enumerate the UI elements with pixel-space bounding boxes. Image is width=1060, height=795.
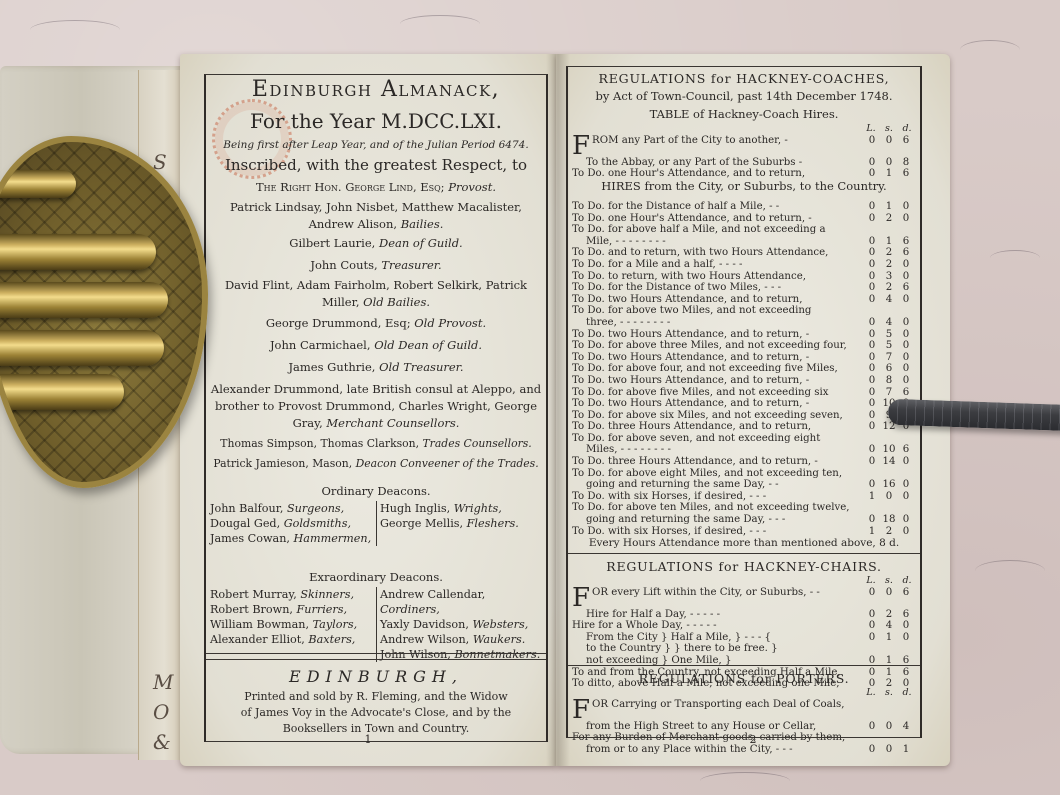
row-text: To Do. three Hours Attendance, and to re… bbox=[572, 421, 811, 432]
table-row: To Do. for the Distance of half a Mile, … bbox=[572, 201, 916, 213]
deacon-entry: Dougal Ged, Goldsmiths, bbox=[210, 516, 376, 531]
table-row: going and returning the same Day, - - -0… bbox=[572, 514, 916, 526]
divider-rule bbox=[206, 653, 546, 654]
deacons-col-2: Andrew Callendar, Cordiners, Yaxly David… bbox=[376, 587, 542, 662]
extraordinary-deacons-list: Robert Murray, Skinners, Robert Brown, F… bbox=[210, 587, 542, 662]
row-amount: 0106 bbox=[862, 444, 916, 456]
officer-entry: Alexander Drummond, late British consul … bbox=[206, 381, 546, 432]
deacon-entry: Andrew Wilson, Waukers. bbox=[380, 632, 542, 647]
row-text: To Do. for above five Miles, and not exc… bbox=[572, 387, 829, 398]
coach-regulations-subheading: by Act of Town-Council, past 14th Decemb… bbox=[568, 89, 920, 103]
almanack-title: Edinburgh Almanack, bbox=[206, 77, 546, 102]
row-amount bbox=[862, 699, 916, 721]
officer-entry: Patrick Jamieson, Mason, Deacon Conveene… bbox=[206, 455, 546, 472]
row-text: To Do. to return, with two Hours Attenda… bbox=[572, 271, 806, 282]
row-amount: 026 bbox=[862, 609, 916, 621]
deacon-entry: John Balfour, Surgeons, bbox=[210, 501, 376, 516]
table-row: To Do. to return, with two Hours Attenda… bbox=[572, 271, 916, 283]
row-text: To Do. two Hours Attendance, and to retu… bbox=[572, 329, 809, 340]
paper-fiber bbox=[700, 772, 790, 790]
book-gutter bbox=[546, 54, 570, 766]
right-page-frame: REGULATIONS for HACKNEY-COACHES, by Act … bbox=[566, 66, 922, 738]
row-amount: 080 bbox=[862, 375, 916, 387]
officer-entry: David Flint, Adam Fairholm, Robert Selki… bbox=[206, 277, 546, 311]
table-row: To Do. three Hours Attendance, and to re… bbox=[572, 456, 916, 468]
deacon-entry: Robert Brown, Furriers, bbox=[210, 602, 376, 617]
row-text: To Do. for the Distance of two Miles, - … bbox=[572, 282, 781, 293]
row-amount: 030 bbox=[862, 271, 916, 283]
extraordinary-deacons-heading: Exraordinary Deacons. bbox=[206, 569, 546, 586]
row-text: To Do. two Hours Attendance, and to retu… bbox=[572, 352, 809, 363]
row-text: To Do. one Hour's Attendance, and to ret… bbox=[572, 213, 812, 224]
row-text: going and returning the same Day, - - - bbox=[586, 514, 785, 525]
deacon-entry: Yaxly Davidson, Websters, bbox=[380, 617, 542, 632]
table-row: To Do. three Hours Attendance, and to re… bbox=[572, 421, 916, 433]
paper-fiber bbox=[30, 20, 120, 40]
lsd-header: L.s.d. bbox=[572, 575, 916, 587]
officer-entry: The Right Hon. George Lind, Esq; Provost… bbox=[206, 179, 546, 196]
clip-finger bbox=[0, 282, 168, 318]
officer-entry: Gilbert Laurie, Dean of Guild. bbox=[206, 235, 546, 252]
row-text: Hire for a Whole Day, - - - - - bbox=[572, 620, 717, 631]
row-amount bbox=[862, 305, 916, 317]
row-amount: 004 bbox=[862, 721, 916, 733]
imprint-text: Printed and sold by R. Fleming, and the … bbox=[206, 689, 546, 737]
clip-thumb bbox=[0, 170, 76, 198]
almanack-subtitle: Being first after Leap Year, and of the … bbox=[206, 139, 546, 151]
imprint-city: EDINBURGH, bbox=[206, 667, 546, 686]
every-hour-note: Every Hours Attendance more than mention… bbox=[568, 537, 920, 549]
row-text: To Do. for above two Miles, and not exce… bbox=[572, 305, 811, 316]
table-row: To Do. for above ten Miles, and not exce… bbox=[572, 502, 916, 514]
row-text: To Do. with six Horses, if desired, - - … bbox=[572, 526, 766, 537]
table-row: To Do. with six Horses, if desired, - - … bbox=[572, 491, 916, 503]
row-text: From the City } Half a Mile, } - - - { bbox=[586, 632, 771, 643]
deacon-entry: Andrew Callendar, Cordiners, bbox=[380, 587, 542, 617]
left-page: Edinburgh Almanack, For the Year M.DCC.L… bbox=[180, 54, 556, 766]
row-amount: 026 bbox=[862, 282, 916, 294]
officer-entry: George Drummond, Esq; Old Provost. bbox=[206, 315, 546, 332]
dropcap: F bbox=[572, 135, 590, 157]
table-row: To Do. two Hours Attendance, and to retu… bbox=[572, 294, 916, 306]
row-amount bbox=[862, 433, 916, 445]
table-row: FOR every Lift within the City, or Subur… bbox=[572, 587, 916, 609]
table-row: To the Abbay, or any Part of the Suburbs… bbox=[572, 157, 916, 169]
table-row: Hire for Half a Day, - - - - -026 bbox=[572, 609, 916, 621]
row-text: To Do. two Hours Attendance, and to retu… bbox=[572, 398, 809, 409]
row-amount: 040 bbox=[862, 294, 916, 306]
row-amount: 050 bbox=[862, 329, 916, 341]
deacons-col-1: John Balfour, Surgeons, Dougal Ged, Gold… bbox=[210, 501, 376, 546]
row-text: To Do. for above six Miles, and not exce… bbox=[572, 410, 843, 421]
deacon-entry: George Mellis, Fleshers. bbox=[380, 516, 542, 531]
lsd-header: L.s.d. bbox=[572, 687, 916, 699]
row-amount: 070 bbox=[862, 352, 916, 364]
table-row: going and returning the same Day, - -016… bbox=[572, 479, 916, 491]
ink-mark: O bbox=[153, 700, 169, 724]
row-text: Hire for Half a Day, - - - - - bbox=[586, 609, 720, 620]
row-text: Miles, - - - - - - - - bbox=[586, 444, 671, 455]
row-amount: 100 bbox=[862, 491, 916, 503]
table-row: to the Country } } there to be free. } bbox=[572, 643, 916, 655]
page-number: 1 bbox=[180, 733, 556, 746]
officer-entry: John Couts, Treasurer. bbox=[206, 257, 546, 274]
officer-entry: John Carmichael, Old Dean of Guild. bbox=[206, 337, 546, 354]
dropcap: F bbox=[572, 699, 590, 721]
table-row: To Do. for a Mile and a half, - - - -020 bbox=[572, 259, 916, 271]
row-amount: 010 bbox=[862, 201, 916, 213]
city-hires-table: L.s.d. FROM any Part of the City to anot… bbox=[572, 123, 916, 180]
divider-rule bbox=[568, 553, 920, 554]
clip-finger bbox=[0, 374, 124, 410]
table-row: To Do. for above two Miles, and not exce… bbox=[572, 305, 916, 317]
table-row: To Do. for above eight Miles, and not ex… bbox=[572, 468, 916, 480]
row-amount bbox=[862, 643, 916, 655]
clip-finger bbox=[0, 330, 164, 366]
deacon-entry: Hugh Inglis, Wrights, bbox=[380, 501, 542, 516]
row-text: To Do. three Hours Attendance, and to re… bbox=[572, 456, 818, 467]
coach-table-title: TABLE of Hackney-Coach Hires. bbox=[568, 107, 920, 121]
row-amount: 0180 bbox=[862, 514, 916, 526]
table-row: To Do. for above seven, and not exceedin… bbox=[572, 433, 916, 445]
table-row: To Do. two Hours Attendance, and to retu… bbox=[572, 375, 916, 387]
row-text: To Do. two Hours Attendance, and to retu… bbox=[572, 375, 809, 386]
row-text: To Do. for above half a Mile, and not ex… bbox=[572, 224, 826, 235]
table-row: To Do. for above four, and not exceeding… bbox=[572, 363, 916, 375]
table-row: To Do. one Hour's Attendance, and to ret… bbox=[572, 213, 916, 225]
table-row: To Do. for above three Miles, and not ex… bbox=[572, 340, 916, 352]
officer-entry: James Guthrie, Old Treasurer. bbox=[206, 359, 546, 376]
officer-entry: Thomas Simpson, Thomas Clarkson, Trades … bbox=[206, 435, 546, 452]
ordinary-deacons-heading: Ordinary Deacons. bbox=[206, 483, 546, 500]
officer-entry: Patrick Lindsay, John Nisbet, Matthew Ma… bbox=[206, 199, 546, 233]
table-row: To Do. with six Horses, if desired, - - … bbox=[572, 526, 916, 538]
row-text: going and returning the same Day, - - bbox=[586, 479, 779, 490]
deacon-entry: James Cowan, Hammermen, bbox=[210, 531, 376, 546]
almanack-year: For the Year M.DCC.LXI. bbox=[206, 109, 546, 133]
row-text: To Do. and to return, with two Hours Att… bbox=[572, 247, 828, 258]
row-amount: 026 bbox=[862, 247, 916, 259]
row-amount: 0160 bbox=[862, 479, 916, 491]
table-row: To Do. for the Distance of two Miles, - … bbox=[572, 282, 916, 294]
row-amount: 020 bbox=[862, 259, 916, 271]
table-row: FOR Carrying or Transporting each Deal o… bbox=[572, 699, 916, 721]
table-row: To Do. for above six Miles, and not exce… bbox=[572, 410, 916, 422]
row-amount: 006 bbox=[862, 587, 916, 609]
deacon-entry: William Bowman, Taylors, bbox=[210, 617, 376, 632]
row-text: three, - - - - - - - - bbox=[586, 317, 670, 328]
table-row: From the City } Half a Mile, } - - - {01… bbox=[572, 632, 916, 644]
left-page-frame: Edinburgh Almanack, For the Year M.DCC.L… bbox=[204, 74, 548, 742]
dropcap: F bbox=[572, 587, 590, 609]
row-amount: 040 bbox=[862, 317, 916, 329]
paper-fiber bbox=[975, 560, 1045, 582]
divider-rule bbox=[568, 665, 920, 666]
row-text: Mile, - - - - - - - - bbox=[586, 236, 666, 247]
deacons-col-2: Hugh Inglis, Wrights, George Mellis, Fle… bbox=[376, 501, 542, 546]
inscription-line: Inscribed, with the greatest Respect, to bbox=[206, 156, 546, 174]
table-row: Hire for a Whole Day, - - - - -040 bbox=[572, 620, 916, 632]
paper-fiber bbox=[960, 40, 1020, 60]
row-text: to the Country } } there to be free. } bbox=[586, 643, 778, 654]
row-amount bbox=[862, 502, 916, 514]
row-amount: 0140 bbox=[862, 456, 916, 468]
row-text: To Do. for the Distance of half a Mile, … bbox=[572, 201, 779, 212]
coach-regulations-heading: REGULATIONS for HACKNEY-COACHES, bbox=[568, 71, 920, 86]
table-row: To Do. two Hours Attendance, and to retu… bbox=[572, 329, 916, 341]
country-hires-heading: HIRES from the City, or Suburbs, to the … bbox=[568, 179, 920, 193]
ink-mark: & bbox=[153, 730, 171, 754]
row-text: from the High Street to any House or Cel… bbox=[586, 721, 816, 732]
row-amount: 050 bbox=[862, 340, 916, 352]
row-amount: 010 bbox=[862, 632, 916, 644]
row-text: To Do. for above four, and not exceeding… bbox=[572, 363, 838, 374]
deacon-entry: Robert Murray, Skinners, bbox=[210, 587, 376, 602]
row-amount: 076 bbox=[862, 387, 916, 399]
row-amount bbox=[862, 468, 916, 480]
lsd-header: L.s.d. bbox=[572, 123, 916, 135]
row-amount: 040 bbox=[862, 620, 916, 632]
ordinary-deacons-list: John Balfour, Surgeons, Dougal Ged, Gold… bbox=[210, 501, 542, 546]
ink-mark: M bbox=[153, 670, 173, 694]
paper-fiber bbox=[990, 250, 1040, 266]
brass-hand-clip bbox=[0, 136, 208, 488]
table-row: To Do. for above half a Mile, and not ex… bbox=[572, 224, 916, 236]
page-number: 2 bbox=[556, 733, 950, 746]
row-amount: 060 bbox=[862, 363, 916, 375]
table-row: To Do. and to return, with two Hours Att… bbox=[572, 247, 916, 259]
row-amount: 020 bbox=[862, 213, 916, 225]
row-text: OR Carrying or Transporting each Deal of… bbox=[592, 699, 844, 710]
row-text: To Do. with six Horses, if desired, - - … bbox=[572, 491, 766, 502]
row-text: To Do. for above three Miles, and not ex… bbox=[572, 340, 847, 351]
table-row: Mile, - - - - - - - -016 bbox=[572, 236, 916, 248]
row-amount: 016 bbox=[862, 236, 916, 248]
row-text: To Do. for above ten Miles, and not exce… bbox=[572, 502, 850, 513]
chairs-heading: REGULATIONS for HACKNEY-CHAIRS. bbox=[568, 559, 920, 574]
table-row: To Do. two Hours Attendance, and to retu… bbox=[572, 398, 916, 410]
row-text: OR every Lift within the City, or Suburb… bbox=[592, 587, 820, 598]
table-row: FROM any Part of the City to another, -0… bbox=[572, 135, 916, 157]
row-text: To Do. two Hours Attendance, and to retu… bbox=[572, 294, 802, 305]
deacon-entry: Alexander Elliot, Baxters, bbox=[210, 632, 376, 647]
table-row: from the High Street to any House or Cel… bbox=[572, 721, 916, 733]
row-amount bbox=[862, 224, 916, 236]
row-amount: 120 bbox=[862, 526, 916, 538]
deacons-col-1: Robert Murray, Skinners, Robert Brown, F… bbox=[210, 587, 376, 662]
country-hires-table: To Do. for the Distance of half a Mile, … bbox=[572, 201, 916, 537]
table-row: To Do. for above five Miles, and not exc… bbox=[572, 387, 916, 399]
row-text: To Do. for a Mile and a half, - - - - bbox=[572, 259, 742, 270]
row-text: To Do. for above eight Miles, and not ex… bbox=[572, 468, 842, 479]
table-row: three, - - - - - - - -040 bbox=[572, 317, 916, 329]
table-row: To Do. two Hours Attendance, and to retu… bbox=[572, 352, 916, 364]
row-text: To Do. for above seven, and not exceedin… bbox=[572, 433, 820, 444]
divider-rule bbox=[206, 659, 546, 660]
paper-fiber bbox=[400, 15, 480, 33]
porters-heading: REGULATIONS for PORTERS. bbox=[568, 671, 920, 686]
table-row: Miles, - - - - - - - -0106 bbox=[572, 444, 916, 456]
clip-finger bbox=[0, 234, 156, 270]
